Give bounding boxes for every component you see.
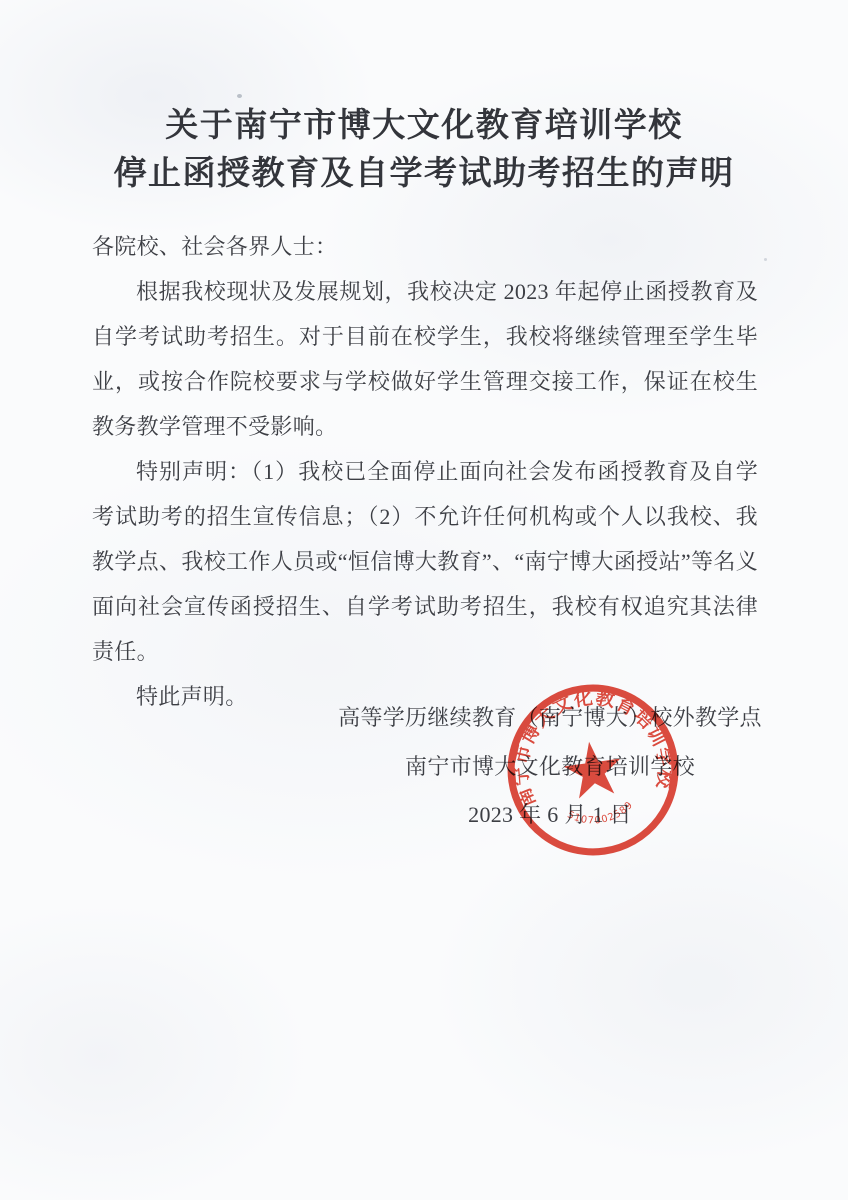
document-body: 各院校、社会各界人士： 根据我校现状及发展规划，我校决定 2023 年起停止函授… [92, 224, 758, 719]
scanned-document-page: 关于南宁市博大文化教育培训学校 停止函授教育及自学考试助考招生的声明 各院校、社… [0, 0, 848, 1200]
signature-school-line: 南宁市博大文化教育培训学校 [320, 743, 780, 792]
document-title-line1: 关于南宁市博大文化教育培训学校 [165, 108, 683, 144]
document-title: 关于南宁市博大文化教育培训学校 停止函授教育及自学考试助考招生的声明 [0, 102, 848, 198]
signature-date: 2023 年 6 月 1 日 [320, 791, 780, 840]
body-paragraph-1: 根据我校现状及发展规划，我校决定 2023 年起停止函授教育及自学考试助考招生。… [92, 269, 758, 449]
scan-speck [237, 94, 242, 98]
signature-unit-line: 高等学历继续教育（南宁博大）校外教学点 [320, 694, 780, 743]
scan-speck [764, 258, 767, 261]
salutation: 各院校、社会各界人士： [92, 224, 758, 269]
document-title-line2: 停止函授教育及自学考试助考招生的声明 [114, 156, 735, 192]
signature-block: 高等学历继续教育（南宁博大）校外教学点 南宁市博大文化教育培训学校 2023 年… [320, 694, 780, 840]
body-paragraph-2: 特别声明：（1）我校已全面停止面向社会发布函授教育及自学考试助考的招生宣传信息；… [92, 449, 758, 674]
